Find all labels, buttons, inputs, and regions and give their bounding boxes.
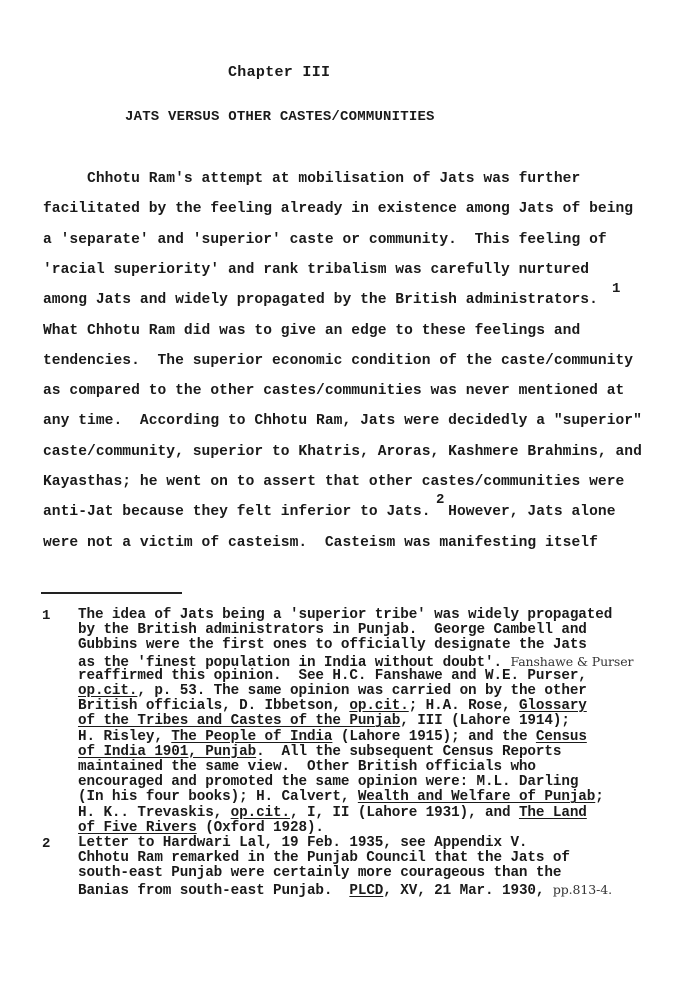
body-line: among Jats and widely propagated by the … — [43, 292, 598, 308]
document-page: Chapter III JATS VERSUS OTHER CASTES/COM… — [0, 0, 700, 993]
footnote-text: Banias from south-east Punjab. — [78, 883, 349, 899]
body-line: a 'separate' and 'superior' caste or com… — [43, 232, 607, 248]
footnote-number: 2 — [42, 836, 50, 852]
footnote-text: The idea of Jats being a 'superior tribe… — [78, 607, 612, 623]
handwritten-annotation: pp.813-4. — [553, 882, 612, 897]
footnote-text: (Oxford 1928). — [197, 820, 324, 836]
body-line: Kayasthas; he went on to assert that oth… — [43, 474, 624, 490]
footnote-line: op.cit., p. 53. The same opinion was car… — [78, 684, 587, 699]
footnote-line: reaffirmed this opinion. See H.C. Fansha… — [78, 669, 587, 684]
footnote-line: encouraged and promoted the same opinion… — [78, 775, 578, 790]
citation-title: Census — [536, 729, 587, 745]
body-line: as compared to the other castes/communit… — [43, 383, 624, 399]
citation-title: Wealth and Welfare of Punjab — [358, 789, 595, 805]
footnote-text: , XV, 21 Mar. 1930, — [383, 883, 553, 899]
footnote-text: (In his four books); H. Calvert, — [78, 789, 358, 805]
footnote-line: maintained the same view. Other British … — [78, 760, 536, 775]
body-line: 'racial superiority' and rank tribalism … — [43, 262, 589, 278]
footnote-text: H. Risley, — [78, 729, 171, 745]
footnote-text: , III (Lahore 1914); — [400, 713, 570, 729]
footnote-separator — [41, 592, 182, 594]
body-line: anti-Jat because they felt inferior to J… — [43, 504, 616, 520]
footnote-line: of India 1901, Punjab. All the subsequen… — [78, 745, 561, 760]
footnote-ref-2: 2 — [436, 492, 444, 508]
footnote-text: Gubbins were the first ones to officiall… — [78, 637, 587, 653]
handwritten-annotation: Fanshawe & Purser — [510, 654, 633, 669]
chapter-heading: Chapter III — [228, 64, 330, 81]
body-line: What Chhotu Ram did was to give an edge … — [43, 323, 580, 339]
citation-title: of the Tribes and Castes of the Punjab — [78, 713, 400, 729]
footnote-line: The idea of Jats being a 'superior tribe… — [78, 608, 612, 623]
body-line: were not a victim of casteism. Casteism … — [43, 535, 598, 551]
citation-title: PLCD — [349, 883, 383, 899]
citation-title: op.cit. — [78, 683, 137, 699]
body-line: caste/community, superior to Khatris, Ar… — [43, 444, 642, 460]
citation-title: The Land — [519, 805, 587, 821]
body-line: tendencies. The superior economic condit… — [43, 353, 633, 369]
footnote-line: H. Risley, The People of India (Lahore 1… — [78, 730, 587, 745]
citation-title: op.cit. — [231, 805, 290, 821]
footnote-text: ; — [595, 789, 603, 805]
body-line: facilitated by the feeling already in ex… — [43, 201, 633, 217]
footnote-number: 1 — [42, 608, 50, 624]
citation-title: of Five Rivers — [78, 820, 197, 836]
footnote-text: , I, II (Lahore 1931), and — [290, 805, 519, 821]
footnote-ref-1: 1 — [612, 281, 620, 297]
footnote-line: Chhotu Ram remarked in the Punjab Counci… — [78, 851, 570, 866]
footnote-text: . All the subsequent Census Reports — [256, 744, 561, 760]
footnote-line: H. K.. Trevaskis, op.cit., I, II (Lahore… — [78, 806, 587, 821]
footnote-line: Banias from south-east Punjab. PLCD, XV,… — [78, 882, 612, 899]
footnote-line: Gubbins were the first ones to officiall… — [78, 638, 587, 653]
body-line: Chhotu Ram's attempt at mobilisation of … — [43, 171, 580, 187]
footnote-text: , p. 53. The same opinion was carried on… — [137, 683, 586, 699]
footnote-line: British officials, D. Ibbetson, op.cit.;… — [78, 699, 587, 714]
footnote-text: British officials, D. Ibbetson, — [78, 698, 349, 714]
footnote-line: of Five Rivers (Oxford 1928). — [78, 821, 324, 836]
citation-title: Glossary — [519, 698, 587, 714]
footnote-line: by the British administrators in Punjab.… — [78, 623, 587, 638]
footnote-text: encouraged and promoted the same opinion… — [78, 774, 578, 790]
footnote-line: Letter to Hardwari Lal, 19 Feb. 1935, se… — [78, 836, 527, 851]
citation-title: The People of India — [171, 729, 332, 745]
footnote-text: Letter to Hardwari Lal, 19 Feb. 1935, se… — [78, 835, 527, 851]
footnote-text: H. K.. Trevaskis, — [78, 805, 231, 821]
footnote-text: by the British administrators in Punjab.… — [78, 622, 587, 638]
footnote-text: reaffirmed this opinion. See H.C. Fansha… — [78, 668, 587, 684]
chapter-title: JATS VERSUS OTHER CASTES/COMMUNITIES — [125, 109, 435, 125]
footnote-line: (In his four books); H. Calvert, Wealth … — [78, 790, 604, 805]
footnote-text: south-east Punjab were certainly more co… — [78, 865, 561, 881]
footnote-text: Chhotu Ram remarked in the Punjab Counci… — [78, 850, 570, 866]
body-line: any time. According to Chhotu Ram, Jats … — [43, 413, 642, 429]
footnote-text: ; H.A. Rose, — [409, 698, 519, 714]
citation-title: op.cit. — [349, 698, 408, 714]
footnote-text: maintained the same view. Other British … — [78, 759, 536, 775]
footnote-line: south-east Punjab were certainly more co… — [78, 866, 561, 881]
citation-title: of India 1901, Punjab — [78, 744, 256, 760]
footnote-line: of the Tribes and Castes of the Punjab, … — [78, 714, 570, 729]
footnote-text: (Lahore 1915); and the — [332, 729, 536, 745]
